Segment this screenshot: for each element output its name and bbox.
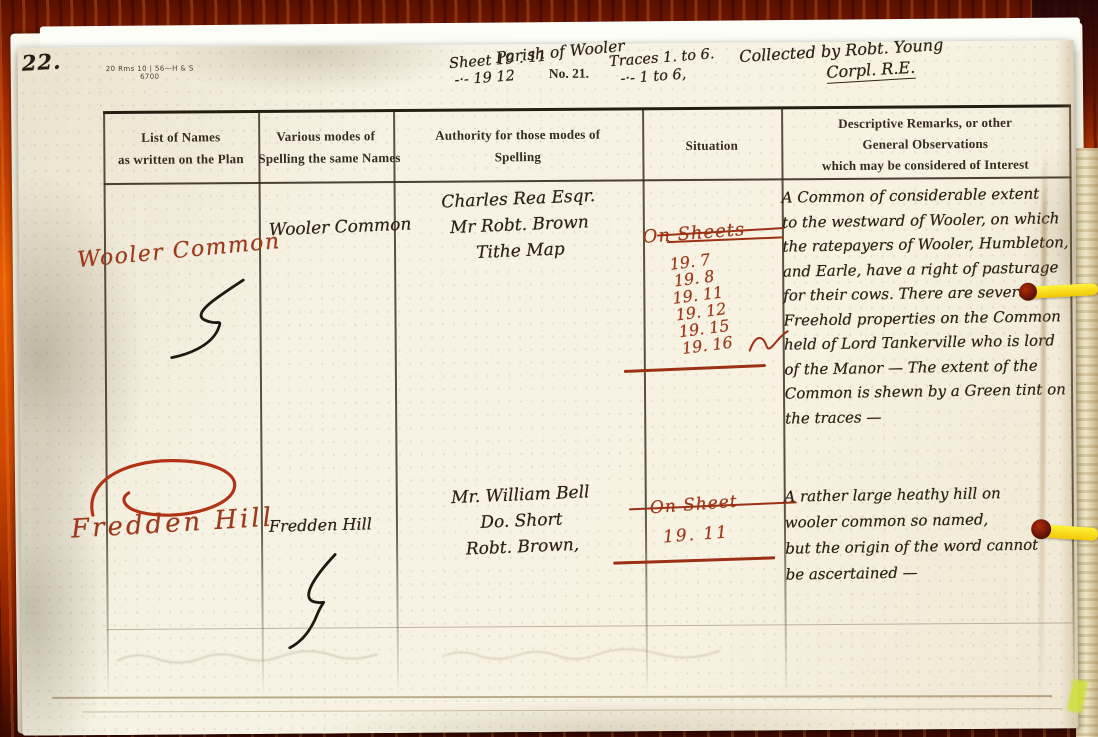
page-number: 22. [21,48,62,75]
printer-stamp-line2: 6700 [140,73,159,81]
column-header-spelling-modes: Various modes ofSpelling the same Names [258,109,394,198]
entry-remarks: A rather large heathy hill on wooler com… [784,479,1074,588]
entry-sheet-list: 19. 7 19. 8 19. 11 19. 12 19. 15 19. 16 [633,246,757,362]
ink-flourish [273,549,359,650]
show-through-writing [112,635,732,679]
entry-remarks: A Common of considerable extent to the w… [782,181,1074,430]
name-book-page: 22. 20 Rms 10 | 56—H & S 6700 Sheet 19 .… [18,40,1079,735]
page-no-label: No. 21. [549,66,589,82]
column-header-remarks: Descriptive Remarks, or other General Ob… [781,104,1070,185]
tie-knot [1030,519,1051,540]
printer-stamp: 20 Rms 10 | 56—H & S 6700 [106,64,194,81]
book-page-edges-right [1076,148,1098,737]
ink-flourish [159,274,265,360]
entry-authority: Mr. William Bell Do. Short Robt. Brown, [397,477,645,565]
entry-authority: Charles Rea Esqr. Mr Robt. Brown Tithe M… [395,181,643,269]
traces-note: Traces 1. to 6. -·- 1 to 6, [609,45,717,89]
tie-knot [1019,282,1038,301]
column-header-situation: Situation [642,106,782,207]
column-header-names: List of Namesas written on the Plan [103,110,259,199]
table-vertical-line [258,112,264,698]
collected-by: Collected by Robt. Young Corpl. R.E. [739,34,945,88]
table-vertical-line [103,113,109,699]
entry-spelling: Fredden Hill [269,514,372,536]
